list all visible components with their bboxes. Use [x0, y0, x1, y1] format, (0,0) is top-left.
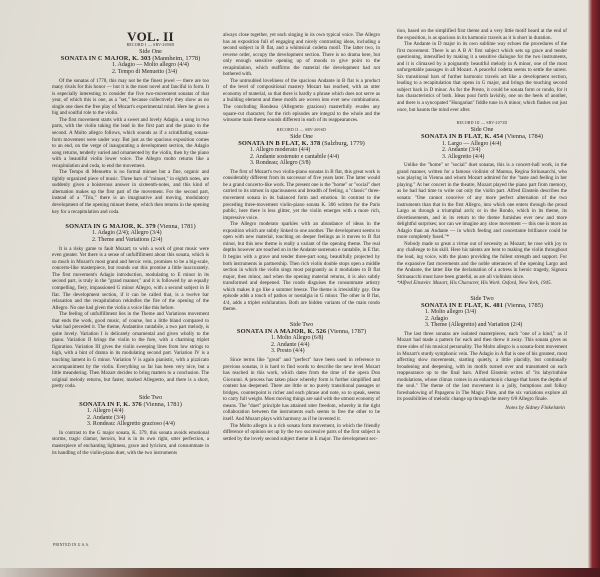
- side-label: Side Two: [52, 394, 209, 401]
- column-right: tion, based on the simplified first them…: [397, 28, 567, 411]
- movement: 2. Tempo di Menuetto (3/4): [112, 69, 209, 76]
- movement: 3. Allegretto (4/4): [442, 154, 567, 161]
- paragraph: The Andante in D major in its own sublim…: [397, 41, 567, 113]
- footnote: *Alfred Einstein: Mozart, His Character,…: [397, 280, 567, 287]
- printed-in-usa: PRINTED IN U.S.A.: [53, 543, 90, 547]
- movement-list: 1. Allegro (4/4) 2. Andante (3/4) 3. Ron…: [52, 408, 209, 428]
- paragraph: The first of Mozart's two violin-piano s…: [223, 169, 380, 221]
- sonata-title: SONATA IN B FLAT, K. 378: [238, 140, 320, 147]
- sonata-heading: SONATA IN F, K. 376 (Vienna, 1781): [52, 401, 209, 408]
- movement: 1. Molto Allegro (6/8): [271, 335, 380, 342]
- sonata-title: SONATA IN F, K. 376: [79, 401, 142, 408]
- movement-list: 1. Largo — Allegro (4/4) 2. Andante (3/4…: [397, 141, 567, 161]
- side-label: Side One: [52, 48, 209, 55]
- sonata-heading: SONATA IN B FLAT, K. 454 (Vienna, 1784): [397, 133, 567, 140]
- sonata-title: SONATA IN E FLAT, K. 481: [421, 302, 503, 309]
- movement-list: 1. Molto allegro (3/4) 2. Adagio 3. Them…: [397, 309, 567, 329]
- movement-list: 1. Allegro moderato (4/4) 2. Andante sos…: [223, 147, 380, 167]
- sonata-place: (Vienna, 1787): [328, 328, 366, 335]
- movement: 1. Adagio — Molto allegro (4/4): [112, 62, 209, 69]
- movement: 1. Allegro (4/4): [87, 408, 209, 415]
- side-label: Side Two: [223, 321, 380, 328]
- paragraph: Nobody made so great a virtue out of nec…: [397, 241, 567, 280]
- paragraph: The Molto allegro is a rich sonata form …: [223, 423, 380, 443]
- paragraph: always close together, yet each singing …: [223, 32, 380, 78]
- paragraph: tion, based on the simplified first them…: [397, 28, 567, 41]
- movement-list: 1. Adagio (2/4); Allegro (3/4) 2. Theme …: [52, 230, 209, 243]
- column-left: VOL. II RECORD I — SRV-269SD Side One SO…: [52, 28, 209, 456]
- paragraph: The first movement starts with a sweet a…: [52, 117, 209, 169]
- movement-list: 1. Molto Allegro (6/8) 2. Andante (4/4) …: [223, 335, 380, 355]
- movement: 1. Molto allegro (3/4): [425, 309, 567, 316]
- sonata-place: (Vienna, 1781): [144, 401, 182, 408]
- sonata-place: (Vienna, 1781): [157, 223, 195, 230]
- side-label: Side One: [397, 126, 567, 133]
- side-label: Side One: [223, 133, 380, 140]
- movement: 2. Theme and Variations (2/4): [92, 237, 209, 244]
- sonata-place: (Mannheim, 1778): [152, 55, 200, 62]
- side-label: Side Two: [397, 295, 567, 302]
- sonata-place: (Vienna, 1785): [505, 302, 543, 309]
- paragraph: Unlike the "home" or "social" duet sonat…: [397, 162, 567, 241]
- movement-list: 1. Adagio — Molto allegro (4/4) 2. Tempo…: [52, 62, 209, 75]
- notes-credit: Notes by Sidney Finkelstein: [397, 405, 567, 412]
- paragraph: The Tempo di Menuetto is no formal minue…: [52, 169, 209, 215]
- paragraph: The last three sonatas are isolated mast…: [397, 331, 567, 403]
- movement: 3. Rondeau; Allegro (3/8): [250, 160, 380, 167]
- movement: 3. Rondeau: Allegretto grazioso (4/4): [87, 421, 209, 428]
- movement: 2. Andante (3/4): [442, 147, 567, 154]
- column-middle: always close together, yet each singing …: [223, 32, 380, 442]
- paragraph: The feeling of unfulfillment lies in the…: [52, 311, 209, 390]
- paragraph: The Allegro moderato sparkles with an ab…: [223, 221, 380, 313]
- movement: 3. Presto (4/4): [271, 348, 380, 355]
- movement: 3. Theme (Allegretto) and Variation (2/4…: [425, 322, 567, 329]
- sonata-heading: SONATA IN E FLAT, K. 481 (Vienna, 1785): [397, 302, 567, 309]
- paragraph: Since terms like "great" and "perfect" h…: [223, 357, 380, 422]
- paragraph: The untroubled loveliness of the spaciou…: [223, 78, 380, 124]
- sonata-title: SONATA IN C MAJOR, K. 303: [61, 55, 151, 62]
- sonata-place: (Vienna, 1784): [505, 133, 543, 140]
- sonata-heading: SONATA IN B FLAT, K. 378 (Salzburg, 1779…: [223, 140, 380, 147]
- sonata-title: SONATA IN B FLAT, K. 454: [421, 133, 503, 140]
- movement: 1. Allegro moderato (4/4): [250, 147, 380, 154]
- album-sleeve-edge-bottom: [0, 568, 600, 577]
- volume-title: VOL. II: [52, 30, 209, 43]
- paragraph: It is a risky game to fault Mozart; to w…: [52, 246, 209, 311]
- sonata-title: SONATA IN A MAJOR, K. 526: [237, 328, 326, 335]
- liner-notes-page: VOL. II RECORD I — SRV-269SD Side One SO…: [0, 0, 588, 568]
- album-sleeve-edge-right: [588, 0, 600, 577]
- sonata-place: (Salzburg, 1779): [322, 140, 365, 147]
- paragraph: In contrast to the G major sonata, K. 37…: [52, 430, 209, 456]
- paragraph: Of the sonatas of 1778, this may not be …: [52, 78, 209, 117]
